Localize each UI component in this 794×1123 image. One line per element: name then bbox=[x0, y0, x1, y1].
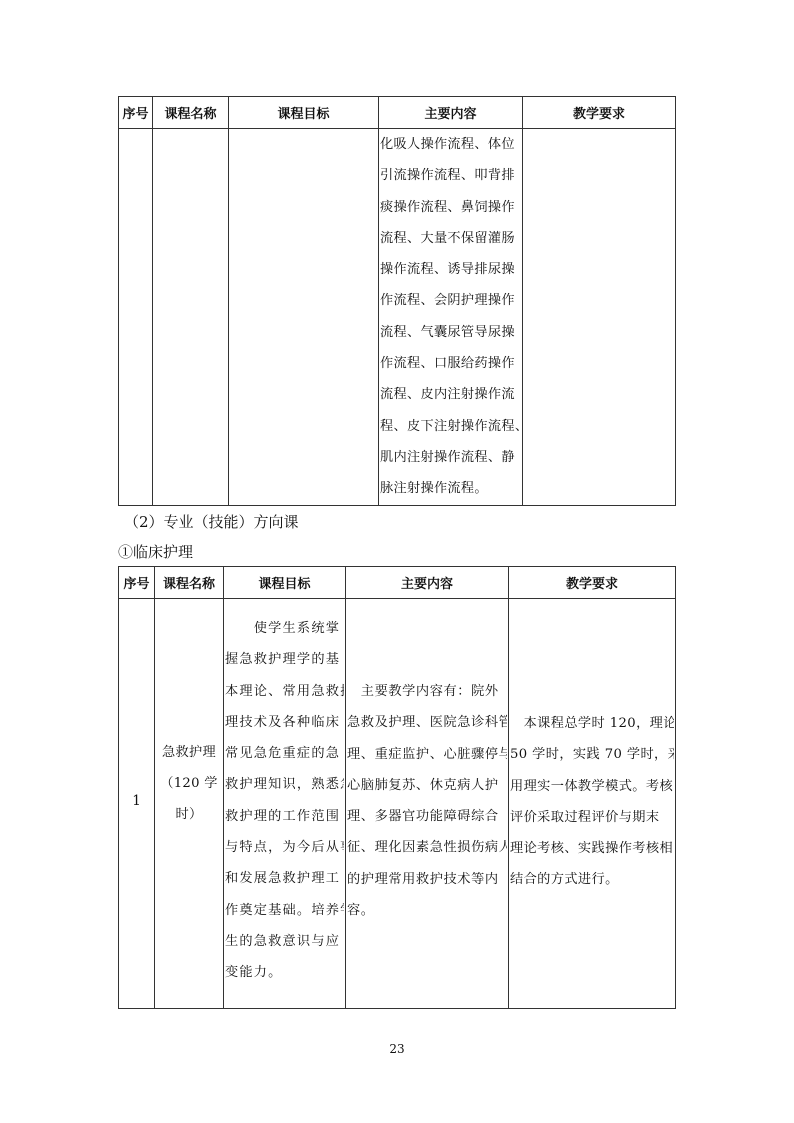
text-line: 理、多器官功能障碍综合 bbox=[347, 801, 507, 832]
text-line: 流程、皮内注射操作流 bbox=[380, 379, 521, 410]
clinical-nursing-course-table: 序号 课程名称 课程目标 主要内容 教学要求 1 急救护理 （120 学 时） … bbox=[118, 566, 676, 1009]
page-number: 23 bbox=[0, 1042, 794, 1056]
header-course-goal: 课程目标 bbox=[224, 567, 346, 599]
cell-course-goal bbox=[229, 129, 379, 506]
text-line: 容。 bbox=[347, 895, 507, 926]
text-line: 救护理的工作范围 bbox=[225, 801, 344, 832]
text-line: 生的急救意识与应 bbox=[225, 926, 344, 957]
text-line: 程、皮下注射操作流程、 bbox=[380, 411, 521, 442]
text-line: 操作流程、诱导排尿操 bbox=[380, 254, 521, 285]
text-line: 理、重症监护、心脏骤停与 bbox=[347, 739, 507, 770]
cell-teaching-requirements bbox=[523, 129, 676, 506]
text-line: 引流操作流程、叩背排 bbox=[380, 160, 521, 191]
cell-index bbox=[119, 129, 153, 506]
cell-main-content: 主要教学内容有：院外 急救及护理、医院急诊科管 理、重症监护、心脏骤停与 心脑肺… bbox=[346, 599, 509, 1009]
text-line: 时） bbox=[156, 799, 222, 830]
text-line: 主要教学内容有：院外 bbox=[347, 676, 507, 707]
text-line: 与特点，为今后从事 bbox=[225, 832, 344, 863]
text-line: 脉注射操作流程。 bbox=[380, 473, 521, 504]
text-line: 结合的方式进行。 bbox=[510, 864, 674, 895]
header-course-name: 课程名称 bbox=[153, 97, 229, 129]
text-line: 用理实一体教学模式。考核 bbox=[510, 771, 674, 802]
cell-teaching-requirements: 本课程总学时 120，理论 50 学时，实践 70 学时，采 用理实一体教学模式… bbox=[509, 599, 676, 1009]
text-line: 流程、大量不保留灌肠 bbox=[380, 223, 521, 254]
text-line: 50 学时，实践 70 学时，采 bbox=[510, 739, 674, 770]
table-header-row: 序号 课程名称 课程目标 主要内容 教学要求 bbox=[119, 97, 676, 129]
row-index: 1 bbox=[119, 793, 154, 809]
text-line: 作奠定基础。培养学 bbox=[225, 895, 344, 926]
header-teaching-requirements: 教学要求 bbox=[509, 567, 676, 599]
text-line: 本课程总学时 120，理论 bbox=[510, 708, 674, 739]
cell-course-name bbox=[153, 129, 229, 506]
text-line: 理论考核、实践操作考核相 bbox=[510, 833, 674, 864]
text-line: 评价采取过程评价与期末 bbox=[510, 802, 674, 833]
text-line: 常见急危重症的急 bbox=[225, 738, 344, 769]
text-line: 作流程、会阴护理操作 bbox=[380, 285, 521, 316]
header-teaching-requirements: 教学要求 bbox=[523, 97, 676, 129]
text-line: 急救及护理、医院急诊科管 bbox=[347, 707, 507, 738]
text-line: 肌内注射操作流程、静 bbox=[380, 442, 521, 473]
text-line: 流程、气囊尿管导尿操 bbox=[380, 317, 521, 348]
text-line: 使学生系统掌 bbox=[225, 613, 344, 644]
section-subheading: （2）专业（技能）方向课 bbox=[124, 511, 299, 532]
text-line: 化吸人操作流程、体位 bbox=[380, 129, 521, 160]
text-line: 急救护理 bbox=[156, 737, 222, 768]
text-line: 心脑肺复苏、休克病人护 bbox=[347, 770, 507, 801]
section-subsubheading: ①临床护理 bbox=[118, 541, 193, 562]
text-line: 握急救护理学的基 bbox=[225, 644, 344, 675]
text-line: 变能力。 bbox=[225, 957, 344, 988]
cell-main-content: 化吸人操作流程、体位 引流操作流程、叩背排 痰操作流程、鼻饲操作 流程、大量不保… bbox=[379, 129, 523, 506]
table-header-row: 序号 课程名称 课程目标 主要内容 教学要求 bbox=[119, 567, 676, 599]
cell-index: 1 bbox=[119, 599, 155, 1009]
text-line: （120 学 bbox=[156, 768, 222, 799]
header-course-name: 课程名称 bbox=[155, 567, 224, 599]
cell-course-name: 急救护理 （120 学 时） bbox=[155, 599, 224, 1009]
text-line: 征、理化因素急性损伤病人 bbox=[347, 832, 507, 863]
header-main-content: 主要内容 bbox=[379, 97, 523, 129]
header-main-content: 主要内容 bbox=[346, 567, 509, 599]
text-line: 作流程、口服给药操作 bbox=[380, 348, 521, 379]
text-line: 的护理常用救护技术等内 bbox=[347, 864, 507, 895]
header-index: 序号 bbox=[119, 567, 155, 599]
table-row: 化吸人操作流程、体位 引流操作流程、叩背排 痰操作流程、鼻饲操作 流程、大量不保… bbox=[119, 129, 676, 506]
text-line: 救护理知识，熟悉急 bbox=[225, 769, 344, 800]
text-line: 理技术及各种临床 bbox=[225, 707, 344, 738]
course-table-continued: 序号 课程名称 课程目标 主要内容 教学要求 化吸人操作流程、体位 引流操作流程… bbox=[118, 96, 676, 506]
table-row: 1 急救护理 （120 学 时） 使学生系统掌 握急救护理学的基 本理论、常用急… bbox=[119, 599, 676, 1009]
cell-course-goal: 使学生系统掌 握急救护理学的基 本理论、常用急救护 理技术及各种临床 常见急危重… bbox=[224, 599, 346, 1009]
text-line: 痰操作流程、鼻饲操作 bbox=[380, 192, 521, 223]
text-line: 和发展急救护理工 bbox=[225, 863, 344, 894]
text-line: 本理论、常用急救护 bbox=[225, 676, 344, 707]
header-index: 序号 bbox=[119, 97, 153, 129]
header-course-goal: 课程目标 bbox=[229, 97, 379, 129]
